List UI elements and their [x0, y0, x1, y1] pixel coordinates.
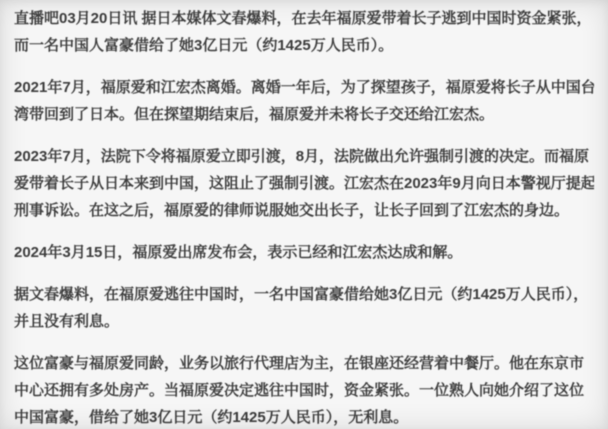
text-line: 这位富豪与福原爱同龄，业务以旅行代理店为主，在银座还经营着中餐厅。他在东京市: [14, 350, 594, 377]
text-line: 中国富豪，借给了她3亿日元（约1425万人民币），无利息。: [14, 404, 594, 429]
text-line: 爱带着长子从日本来到中国，这阻止了强制引渡。江宏杰在2023年9月向日本警视厅提…: [14, 170, 594, 197]
text-line: 而一名中国人富豪借给了她3亿日元（约1425万人民币）。: [14, 32, 594, 59]
paragraph-settlement-2024: 2024年3月15日，福原爱出席发布会，表示已经和江宏杰达成和解。: [14, 239, 594, 266]
text-line: 2021年7月，福原爱和江宏杰离婚。离婚一年后，为了探望孩子，福原爱将长子从中国…: [14, 74, 594, 101]
text-line: 直播吧03月20日讯 据日本媒体文春爆料，在去年福原爱带着长子逃到中国时资金紧张…: [14, 5, 594, 32]
text-line: 湾带回到了日本。但在探望期结束后，福原爱并未将长子交还给江宏杰。: [14, 101, 594, 128]
text-line: 2024年3月15日，福原爱出席发布会，表示已经和江宏杰达成和解。: [14, 239, 594, 266]
text-line: 据文春爆料，在福原爱逃往中国时，一名中国富豪借给她3亿日元（约1425万人民币）…: [14, 281, 594, 308]
paragraph-divorce-2021: 2021年7月，福原爱和江宏杰离婚。离婚一年后，为了探望孩子，福原爱将长子从中国…: [14, 74, 594, 128]
paragraph-lead: 直播吧03月20日讯 据日本媒体文春爆料，在去年福原爱带着长子逃到中国时资金紧张…: [14, 5, 594, 59]
article-body: 直播吧03月20日讯 据日本媒体文春爆料，在去年福原爱带着长子逃到中国时资金紧张…: [0, 0, 608, 429]
paragraph-court-2023: 2023年7月，法院下令将福原爱立即引渡，8月，法院做出允许强制引渡的决定。而福…: [14, 143, 594, 224]
paragraph-loan: 据文春爆料，在福原爱逃往中国时，一名中国富豪借给她3亿日元（约1425万人民币）…: [14, 281, 594, 335]
text-line: 并且没有利息。: [14, 308, 594, 335]
text-line: 2023年7月，法院下令将福原爱立即引渡，8月，法院做出允许强制引渡的决定。而福…: [14, 143, 594, 170]
text-line: 刑事诉讼。在这之后，福原爱的律师说服她交出长子，让长子回到了江宏杰的身边。: [14, 197, 594, 224]
paragraph-tycoon: 这位富豪与福原爱同龄，业务以旅行代理店为主，在银座还经营着中餐厅。他在东京市 中…: [14, 350, 594, 429]
text-line: 中心还拥有多处房产。当福原爱决定逃往中国时，资金紧张。一位熟人向她介绍了这位: [14, 377, 594, 404]
